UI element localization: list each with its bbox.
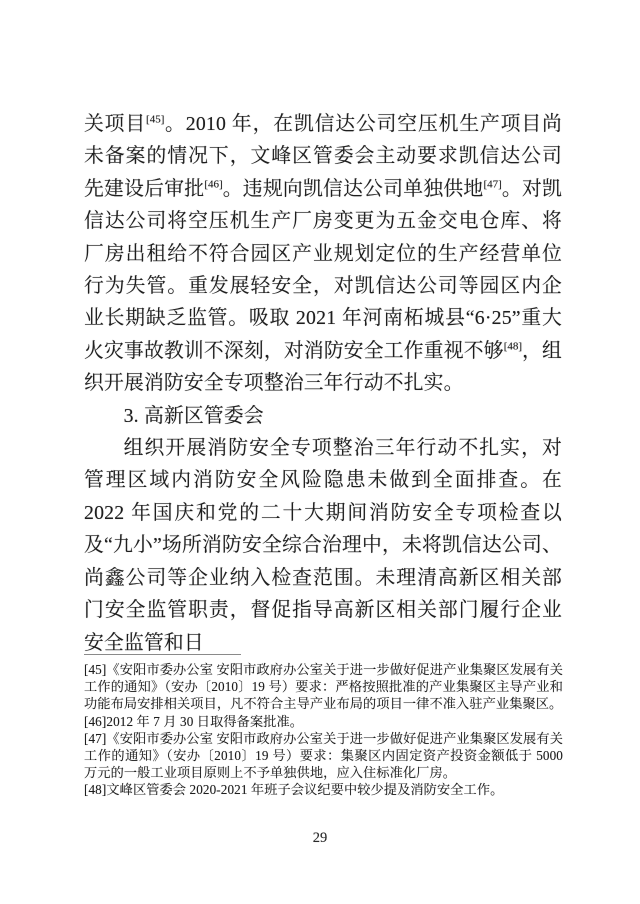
footnote-marker: [48] [84,782,106,797]
body-paragraph: 组织开展消防安全专项整治三年行动不扎实，对管理区域内消防安全风险隐患未做到全面排… [84,432,562,659]
body-paragraph-continuation: 关项目[45]。2010 年，在凯信达公司空压机生产项目尚未备案的情况下，文峰区… [84,108,562,400]
section-heading: 3. 高新区管委会 [84,400,562,432]
document-page: 关项目[45]。2010 年，在凯信达公司空压机生产项目尚未备案的情况下，文峰区… [0,0,640,904]
footnotes-section: [45]《安阳市委办公室 安阳市政府办公室关于进一步做好促进产业集聚区发展有关工… [84,661,563,799]
footnote-divider [84,654,241,655]
footnote-item: [46]2012 年 7 月 30 日取得备案批准。 [84,713,563,730]
page-number: 29 [0,830,640,847]
footnote-marker: [46] [84,714,106,729]
footnote-ref: [48] [504,340,522,352]
footnote-item: [48]文峰区管委会 2020-2021 年班子会议纪要中较少提及消防安全工作。 [84,781,563,798]
footnote-ref: [47] [484,178,502,190]
footnote-marker: [47] [84,731,106,746]
footnote-ref: [46] [204,178,222,190]
footnote-marker: [45] [84,662,106,677]
footnote-item: [47]《安阳市委办公室 安阳市政府办公室关于进一步做好促进产业集聚区发展有关工… [84,730,563,782]
footnote-item: [45]《安阳市委办公室 安阳市政府办公室关于进一步做好促进产业集聚区发展有关工… [84,661,563,713]
document-body: 关项目[45]。2010 年，在凯信达公司空压机生产项目尚未备案的情况下，文峰区… [84,108,562,659]
footnote-ref: [45] [146,113,164,125]
